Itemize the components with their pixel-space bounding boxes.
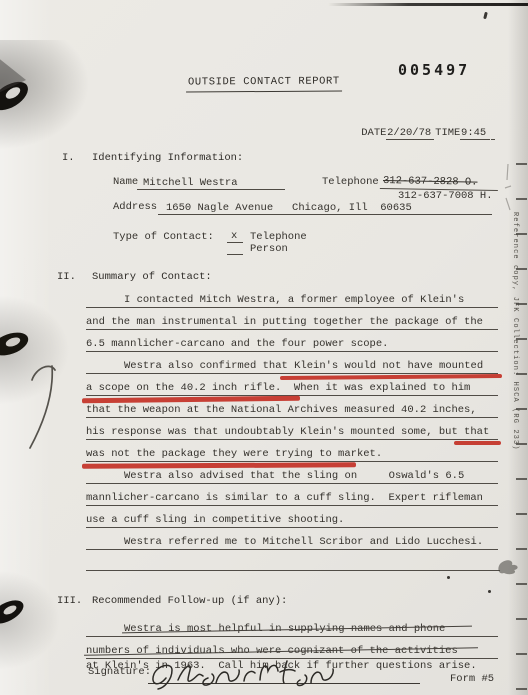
binding-dash [516,443,527,445]
address-label: Address [113,201,157,213]
person-checkbox [227,240,243,255]
section-3-heading: Recommended Follow-up (if any): [92,595,287,607]
summary-line: and the man instrumental in putting toge… [86,308,498,330]
binding-dash [516,513,527,515]
binding-dash [516,338,527,340]
name-value: Mitchell Westra [143,177,238,189]
address-value: 1650 Nagle Avenue Chicago, Ill 60635 [166,202,412,214]
telephone-office-value: 312-637-2828 O. [383,175,478,189]
binding-dash [516,618,527,620]
handwritten-check-mark [24,360,64,455]
binding-dash [516,303,527,305]
date-value: 2/20/78 [386,127,433,140]
section-2-number: II. [57,271,76,283]
type-person-label: Person [250,243,288,255]
summary-line: Westra referred me to Mitchell Scribor a… [86,528,498,550]
binder-ring-icon [0,50,42,130]
summary-line: I contacted Mitch Westra, a former emplo… [86,286,498,308]
binding-dash [516,268,527,270]
binding-dash [516,688,527,690]
section-1-heading: Identifying Information: [92,152,243,164]
binding-dash [516,198,527,200]
name-field: Mitchell Westra [137,172,285,190]
document-title: OUTSIDE CONTACT REPORT [186,75,342,92]
summary-line: was not the package they were trying to … [86,440,498,462]
binding-dash [516,548,527,550]
ink-mark [483,12,488,20]
signature-label: Signature: [88,666,151,678]
section-3-number: III. [57,595,82,607]
telephone-field: 312-637-2828 O. [380,172,498,191]
archive-reference-note: Reference copy, JFK Collection: HSCA (RG… [511,212,519,451]
summary-line: 6.5 mannlicher-carcano and the four powe… [86,330,498,352]
time-label: TIME [435,127,460,139]
summary-line: mannlicher-carcano is similar to a cuff … [86,484,498,506]
summary-line: his response was that undoubtably Klein'… [86,418,498,440]
binding-dash [516,163,527,165]
blank-ruled-line [86,552,500,571]
scan-edge-artifact [328,3,528,6]
ink-dot [488,590,491,593]
summary-line: use a cuff sling in competitive shooting… [86,506,498,528]
binding-dash [516,408,527,410]
type-of-contact-label: Type of Contact: [113,231,214,243]
address-field: 1650 Nagle Avenue Chicago, Ill 60635 [158,197,492,215]
name-label: Name [113,176,138,188]
ink-dot [447,576,450,579]
binding-dash [516,583,527,585]
date-time-row: DATE 2/20/78 TIME 9:45 [336,115,495,151]
type-telephone-label: Telephone [250,231,307,243]
ink-smudge [496,556,522,578]
section-2-heading: Summary of Contact: [92,271,212,283]
time-value: 9:45 [460,127,490,140]
binding-dash [516,373,527,375]
binding-dash [516,233,527,235]
document-stamp-number: 005497 [398,61,470,79]
trailing-rule [491,127,494,140]
form-number: Form #5 [450,673,494,685]
binder-ring-icon [0,580,34,646]
handwritten-signature [148,656,338,692]
telephone-label: Telephone [322,176,379,188]
scanned-document-page: 005497 OUTSIDE CONTACT REPORT DATE 2/20/… [0,0,528,695]
date-label: DATE [361,127,386,139]
section-1-number: I. [62,152,75,164]
binding-dash [516,478,527,480]
margin-pencil-mark [502,160,514,220]
red-underline-annotation [454,441,501,445]
summary-line: Westra also confirmed that Klein's would… [86,352,498,374]
binding-dash [516,653,527,655]
